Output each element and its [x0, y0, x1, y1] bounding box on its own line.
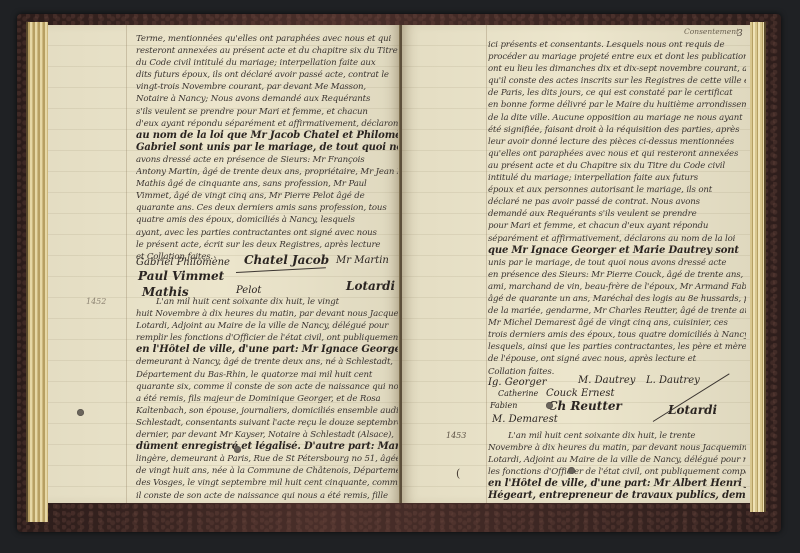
text-line: remplir les fonctions d'Officier de l'ét…: [136, 332, 398, 344]
signature: Ch Reutter: [548, 399, 622, 413]
signature: Lotardi: [346, 279, 395, 293]
text-line: L'an mil huit cent soixante dix huit, le…: [136, 296, 398, 308]
right-page-edges: [750, 22, 766, 512]
text-line: Kaltenbach, son épouse, journaliers, dom…: [136, 405, 398, 417]
text-line: Mathis âgé de cinquante ans, sans profes…: [136, 178, 398, 190]
text-line: lingère, demeurant à Paris, Rue de St Pé…: [136, 453, 398, 465]
signature: M. Dautrey: [578, 375, 635, 386]
signature: Pelot: [236, 285, 261, 296]
text-line: en bonne forme délivré par le Maire du h…: [488, 99, 746, 111]
margin-rule: [126, 25, 127, 503]
text-line: avons dressé acte en présence de Sieurs:…: [136, 154, 398, 166]
text-line: en l'Hôtel de ville, d'une part: Mr Albe…: [488, 478, 746, 490]
text-line: Gabriel sont unis par le mariage, de tou…: [136, 142, 398, 154]
text-line: séparément et affirmativement, déclarons…: [488, 233, 746, 245]
right-page: Consentement 3 ici présents et consentan…: [402, 25, 750, 503]
punch-hole: [77, 409, 84, 416]
text-line: que Mr Ignace Georger et Marie Dautrey s…: [488, 245, 746, 257]
text-line: Lotardi, Adjoint au Maire de la ville de…: [488, 454, 746, 466]
signature: Catherine: [498, 389, 538, 398]
signature: Ig. Georger: [488, 377, 547, 388]
text-line: quatre amis des époux, domiciliés à Nanc…: [136, 214, 398, 226]
text-line: pour Mari et femme, et chacun d'eux ayan…: [488, 220, 746, 232]
left-continuation-text: Terme, mentionnées qu'elles ont paraphée…: [136, 33, 398, 263]
text-line: les fonctions d'Officier de l'état civil…: [488, 466, 746, 478]
right-signatures: Ig. Georger M. Dautrey L. Dautrey Cather…: [488, 377, 746, 429]
text-line: resteront annexées au présent acte et du…: [136, 45, 398, 57]
text-line: époux et aux personnes autorisant le mar…: [488, 184, 746, 196]
signature-flourish: [236, 267, 326, 273]
text-line: qu'il conste des actes inscrits sur les …: [488, 75, 746, 87]
header-note: Consentement: [684, 27, 739, 36]
text-line: dernier, par devant Mr Kayser, Notaire à…: [136, 429, 398, 441]
text-line: en l'Hôtel de ville, d'une part: Mr Igna…: [136, 344, 398, 356]
text-line: Antony Martin, âgé de trente deux ans, p…: [136, 166, 398, 178]
text-line: âgé de quarante un ans, Maréchal des log…: [488, 293, 746, 305]
text-line: Schlestadt, consentants suivant l'acte r…: [136, 417, 398, 429]
text-line: déclaré ne pas avoir passé de contrat. N…: [488, 196, 746, 208]
punch-hole: [234, 446, 241, 453]
text-line: Mr Michel Demarest âgé de vingt cinq ans…: [488, 317, 746, 329]
text-line: huit Novembre à dix heures du matin, par…: [136, 308, 398, 320]
signature: Fabien: [490, 401, 517, 410]
text-line: procéder au mariage projeté entre eux et…: [488, 51, 746, 63]
text-line: Département du Bas-Rhin, le quatorze mai…: [136, 369, 398, 381]
page-number: 3: [737, 29, 743, 39]
text-line: de la dite ville. Aucune opposition au m…: [488, 112, 746, 124]
text-line: quarante six, comme il conste de son act…: [136, 381, 398, 393]
signature: Chatel Jacob: [244, 253, 329, 267]
text-line: dits futurs époux, ils ont déclaré avoir…: [136, 69, 398, 81]
text-line: Terme, mentionnées qu'elles ont paraphée…: [136, 33, 398, 45]
text-line: L'an mil huit cent soixante dix huit, le…: [488, 430, 746, 442]
text-line: dûment enregistré et légalisé. D'autre p…: [136, 441, 398, 453]
text-line: de Paris, les dits jours, ce qui est con…: [488, 87, 746, 99]
left-page: Terme, mentionnées qu'elles ont paraphée…: [48, 25, 400, 503]
text-line: Vimmet, âgé de vingt cinq ans, Mr Pierre…: [136, 190, 398, 202]
text-line: lesquels, ainsi que les parties contract…: [488, 341, 746, 353]
margin-rule: [486, 25, 487, 503]
right-continuation-text: ici présents et consentants. Lesquels no…: [488, 39, 746, 378]
punch-hole: [546, 402, 553, 409]
text-line: ami, marchand de vin, beau-frère de l'ép…: [488, 281, 746, 293]
text-line: en présence des Sieurs: Mr Pierre Couck,…: [488, 269, 746, 281]
entry-number: 1452: [86, 297, 106, 306]
text-line: vingt-trois Novembre courant, par devant…: [136, 81, 398, 93]
punch-hole: [568, 467, 575, 474]
text-line: majeure de Louis Dautrey, et de Catherin…: [136, 502, 398, 503]
text-line: Novembre à dix heures du matin, par deva…: [488, 442, 746, 454]
text-line: s'ils veulent se prendre pour Mari et fe…: [136, 106, 398, 118]
right-entry-text: L'an mil huit cent soixante dix huit, le…: [488, 430, 746, 503]
text-line: de la mariée, gendarme, Mr Charles Reutt…: [488, 305, 746, 317]
text-line: Lotardi, Adjoint au Maire de la ville de…: [136, 320, 398, 332]
text-line: intitulé du mariage; interpellation fait…: [488, 172, 746, 184]
text-line: Notaire à Nancy; Nous avons demandé aux …: [136, 93, 398, 105]
left-page-edges: [26, 22, 48, 522]
signature: Gabriel Philomène: [136, 257, 230, 268]
left-entry-text: L'an mil huit cent soixante dix huit, le…: [136, 296, 398, 503]
text-line: ayant, avec les parties contractantes on…: [136, 227, 398, 239]
signature: Couck Ernest: [546, 388, 615, 399]
text-line: a été remis, fils majeur de Dominique Ge…: [136, 393, 398, 405]
text-line: d'eux ayant répondu séparément et affirm…: [136, 118, 398, 130]
signature: M. Demarest: [492, 414, 558, 425]
text-line: Hégeart, entrepreneur de travaux publics…: [488, 490, 746, 502]
margin-mark: (: [456, 467, 460, 480]
text-line: le présent acte, écrit sur les deux Regi…: [136, 239, 398, 251]
signature: L. Dautrey: [646, 375, 700, 386]
text-line: ont eu lieu les dimanches dix et dix-sep…: [488, 63, 746, 75]
text-line: des Vosges, le vingt septembre mil huit …: [136, 477, 398, 489]
text-line: quarante ans. Ces deux derniers amis san…: [136, 202, 398, 214]
signature: Lotardi: [668, 403, 717, 417]
text-line: ici présents et consentants. Lesquels no…: [488, 39, 746, 51]
text-line: au présent acte et du Chapitre six du Ti…: [488, 160, 746, 172]
text-line: unis par le mariage, de tout quoi nous a…: [488, 257, 746, 269]
text-line: au nom de la loi que Mr Jacob Chatel et …: [136, 130, 398, 142]
text-line: trois derniers amis des époux, tous quat…: [488, 329, 746, 341]
text-line: qu'elles ont paraphées avec nous et qui …: [488, 148, 746, 160]
text-line: de l'épouse, ont signé avec nous, après …: [488, 353, 746, 365]
text-line: demeurant à Nancy, âgé de trente deux an…: [136, 356, 398, 368]
signature: Mr Martin: [336, 255, 389, 266]
text-line: été signifiée, faisant droit à la réquis…: [488, 124, 746, 136]
entry-number: 1453: [446, 431, 466, 440]
signature: Paul Vimmet: [138, 269, 224, 283]
text-line: demandé aux Requérants s'ils veulent se …: [488, 208, 746, 220]
text-line: du Code civil intitulé du mariage; inter…: [136, 57, 398, 69]
text-line: il conste de son acte de naissance qui n…: [136, 490, 398, 502]
text-line: de vingt huit ans, née à la Commune de C…: [136, 465, 398, 477]
text-line: leur avoir donné lecture des pièces ci-d…: [488, 136, 746, 148]
